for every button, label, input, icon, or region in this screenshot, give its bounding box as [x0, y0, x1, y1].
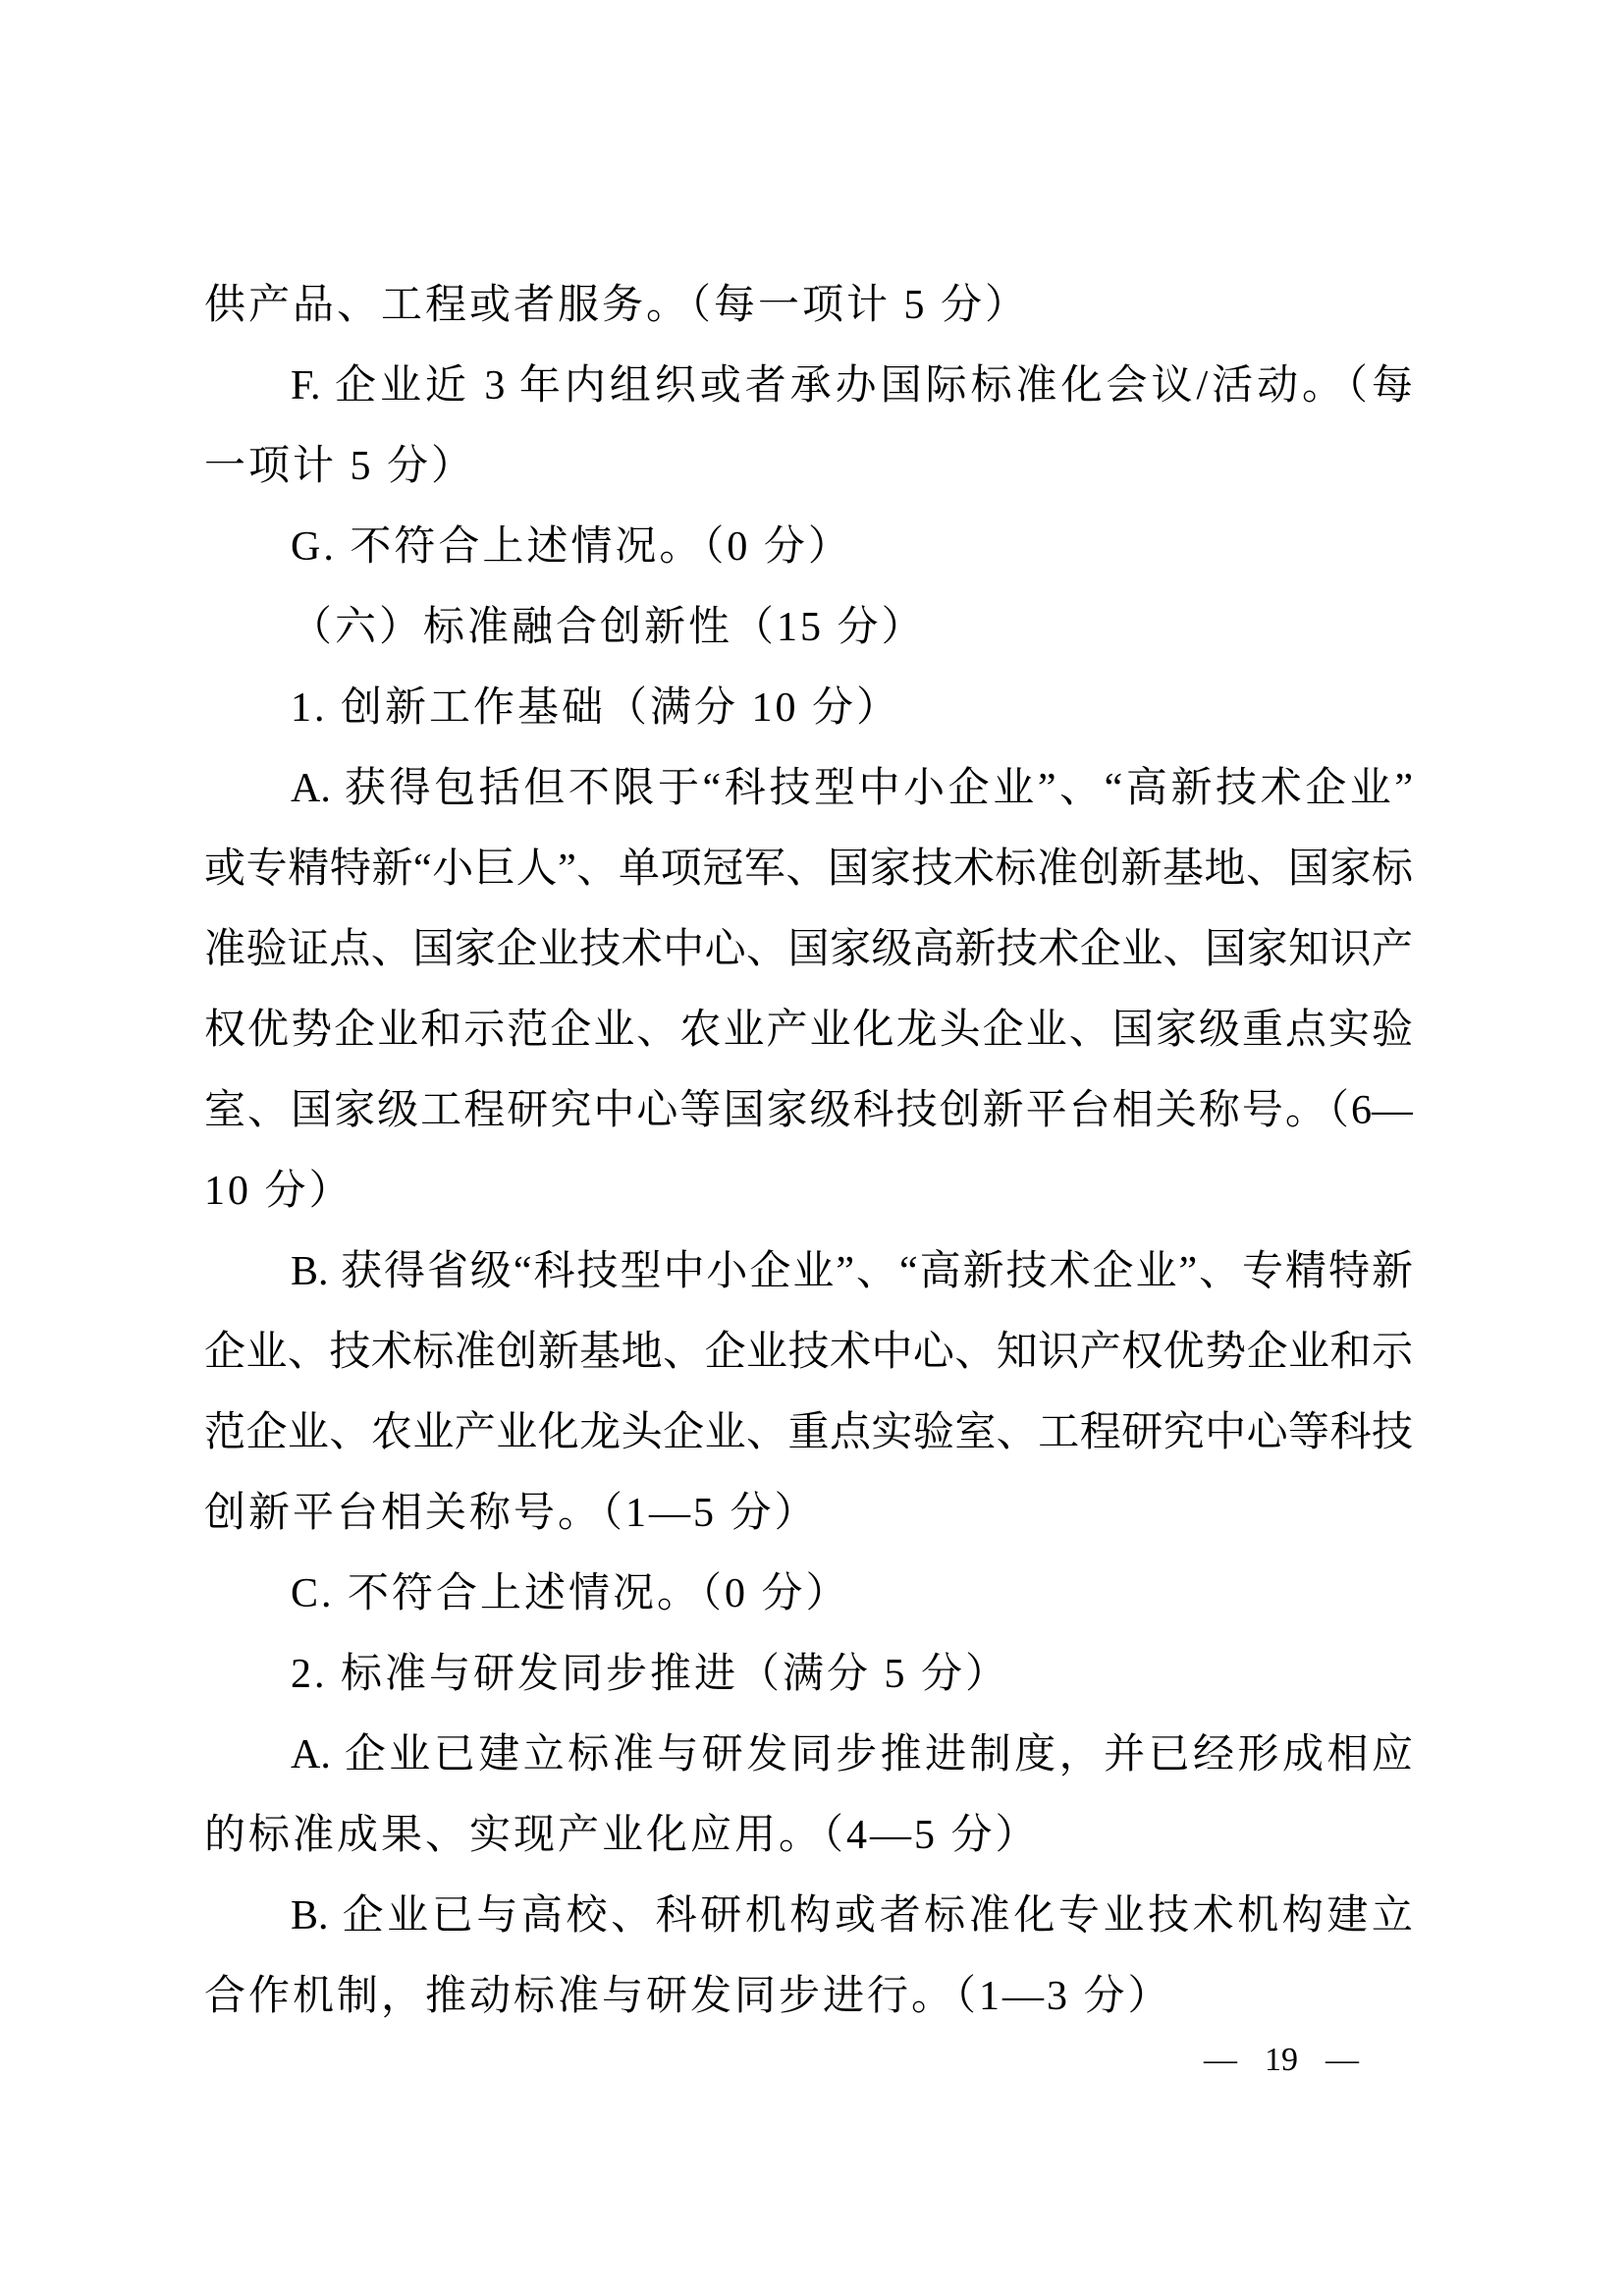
page-number: 19: [1265, 2041, 1298, 2080]
text-line: B. 获得省级“科技型中小企业”、“高新技术企业”、专精特新: [204, 1231, 1413, 1312]
document-page: 供产品、工程或者服务。（每一项计 5 分）F. 企业近 3 年内组织或者承办国际…: [0, 0, 1623, 2296]
text-line: 室、国家级工程研究中心等国家级科技创新平台相关称号。（6—: [204, 1070, 1413, 1151]
text-line: B. 企业已与高校、科研机构或者标准化专业技术机构建立: [204, 1876, 1413, 1956]
text-line: 企业、技术标准创新基地、企业技术中心、知识产权优势企业和示: [204, 1312, 1413, 1393]
text-line: 10 分）: [204, 1151, 1413, 1231]
text-line: A. 获得包括但不限于“科技型中小企业”、“高新技术企业”: [204, 748, 1413, 829]
text-line: 1. 创新工作基础（满分 10 分）: [204, 668, 1413, 748]
text-line: A. 企业已建立标准与研发同步推进制度，并已经形成相应: [204, 1715, 1413, 1795]
text-line: C. 不符合上述情况。（0 分）: [204, 1554, 1413, 1634]
text-line: 2. 标准与研发同步推进（满分 5 分）: [204, 1634, 1413, 1715]
text-line: 创新平台相关称号。（1—5 分）: [204, 1473, 1413, 1554]
text-line: 一项计 5 分）: [204, 426, 1413, 507]
text-line: 权优势企业和示范企业、农业产业化龙头企业、国家级重点实验: [204, 990, 1413, 1070]
text-line: 范企业、农业产业化龙头企业、重点实验室、工程研究中心等科技: [204, 1393, 1413, 1473]
text-line: 的标准成果、实现产业化应用。（4—5 分）: [204, 1795, 1413, 1876]
text-line: F. 企业近 3 年内组织或者承办国际标准化会议/活动。（每: [204, 346, 1413, 426]
text-line: G. 不符合上述情况。（0 分）: [204, 507, 1413, 587]
text-line: （六）标准融合创新性（15 分）: [204, 587, 1413, 668]
footer-dash-right: —: [1325, 2041, 1359, 2080]
text-line: 或专精特新“小巨人”、单项冠军、国家技术标准创新基地、国家标: [204, 829, 1413, 909]
text-block: 供产品、工程或者服务。（每一项计 5 分）F. 企业近 3 年内组织或者承办国际…: [204, 265, 1413, 2037]
footer-dash-left: —: [1204, 2041, 1237, 2080]
page-footer: — 19 —: [1204, 2041, 1359, 2080]
text-line: 供产品、工程或者服务。（每一项计 5 分）: [204, 265, 1413, 346]
text-line: 准验证点、国家企业技术中心、国家级高新技术企业、国家知识产: [204, 909, 1413, 990]
text-line: 合作机制，推动标准与研发同步进行。（1—3 分）: [204, 1956, 1413, 2037]
